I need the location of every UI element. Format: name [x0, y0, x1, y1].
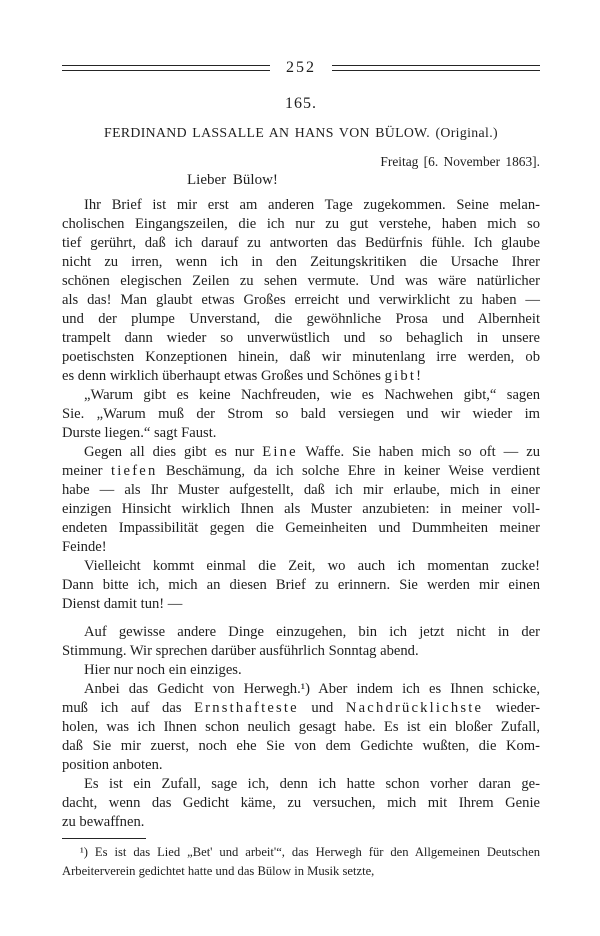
text-run: wieder-: [483, 700, 540, 716]
footnote-rule: [62, 838, 146, 839]
paragraph: Es ist ein Zufall, sage ich, denn ich ha…: [62, 775, 540, 832]
text-run: Feinde!: [62, 539, 107, 555]
text-line: „Warum gibt es keine Nachfreuden, wie es…: [62, 386, 540, 405]
text-line: dacht, wenn das Gedicht käme, zu versuch…: [62, 794, 540, 813]
text-line: daß Sie mir zuerst, noch ehe Sie von dem…: [62, 737, 540, 756]
dateline: Freitag [6. November 1863].: [62, 154, 540, 170]
text-line: zu bewaffnen.: [62, 813, 540, 832]
text-line: muß ich auf das Ernsthafteste und Nachdr…: [62, 699, 540, 718]
text-run: position anboten.: [62, 757, 163, 773]
page-number: 252: [284, 60, 318, 76]
footnote: ¹) Es ist das Lied „Bet' und arbeit'“, d…: [62, 843, 540, 881]
running-head: 252: [62, 58, 540, 78]
text-run: Ihr Brief ist mir erst am anderen Tage z…: [84, 197, 540, 213]
text-line: als das! Man glaubt etwas Großes erreich…: [62, 291, 540, 310]
text-line: position anboten.: [62, 756, 540, 775]
text-run: Sie. „Warum muß der Strom so bald versie…: [62, 406, 540, 422]
text-run: dacht, wenn das Gedicht käme, zu versuch…: [62, 795, 540, 811]
text-run: Auf gewisse andere Dinge einzugehen, bin…: [84, 624, 540, 640]
text-run: Es ist ein Zufall, sage ich, denn ich ha…: [84, 776, 540, 792]
text-line: nicht zu irren, wenn ich in den Zeitungs…: [62, 253, 540, 272]
text-run: zu bewaffnen.: [62, 814, 144, 830]
text-run: holen, was ich Ihnen schon neulich gesag…: [62, 719, 540, 735]
paragraph: „Warum gibt es keine Nachfreuden, wie es…: [62, 386, 540, 443]
text-line: Auf gewisse andere Dinge einzugehen, bin…: [62, 623, 540, 642]
text-line: Anbei das Gedicht von Herwegh.¹) Aber in…: [62, 680, 540, 699]
paragraph: Vielleicht kommt einmal die Zeit, wo auc…: [62, 557, 540, 614]
text-run: Gegen all dies gibt es nur: [84, 444, 262, 460]
text-run: poetischsten Konzeptionen hinein, daß wi…: [62, 349, 540, 365]
text-line: habe — als Ihr Muster aufgestellt, daß i…: [62, 481, 540, 500]
text-line: meiner tiefen Beschämung, da ich solche …: [62, 462, 540, 481]
text-run: Stimmung. Wir sprechen darüber ausführli…: [62, 643, 419, 659]
text-run: Beschämung, da ich solche Ehre in keiner…: [157, 463, 540, 479]
paragraph: Hier nur noch ein einziges.: [62, 661, 540, 680]
text-run: habe — als Ihr Muster aufgestellt, daß i…: [62, 482, 540, 498]
paragraph: Gegen all dies gibt es nur Eine Waffe. S…: [62, 443, 540, 557]
text-line: Dienst damit tun! —: [62, 595, 540, 614]
text-run: ¹) Es ist das Lied „Bet' und arbeit'“, d…: [80, 845, 540, 859]
book-page: 252 165. FERDINAND LASSALLE AN HANS VON …: [0, 0, 600, 936]
text-run: Anbei das Gedicht von Herwegh.¹) Aber in…: [84, 681, 540, 697]
text-line: einzigen Hinsicht wirklich Ihnen als Mus…: [62, 500, 540, 519]
letterspaced-word: Eine: [262, 444, 298, 460]
text-run: trampelt dann wieder so unverwüstlich un…: [62, 330, 540, 346]
text-line: poetischsten Konzeptionen hinein, daß wi…: [62, 348, 540, 367]
letter-body: Ihr Brief ist mir erst am anderen Tage z…: [62, 196, 540, 832]
text-run: Hier nur noch ein einziges.: [84, 662, 242, 678]
text-line: tief gerührt, daß ich darauf zu antworte…: [62, 234, 540, 253]
letterspaced-word: tiefen: [111, 463, 157, 479]
text-run: Waffe. Sie haben mich so oft — zu: [298, 444, 540, 460]
paragraph: Auf gewisse andere Dinge einzugehen, bin…: [62, 623, 540, 661]
text-run: endeten Impassibilität gegen die Gemeinh…: [62, 520, 540, 536]
text-line: Durste liegen.“ sagt Faust.: [62, 424, 540, 443]
paragraph: Ihr Brief ist mir erst am anderen Tage z…: [62, 196, 540, 386]
text-line: Sie. „Warum muß der Strom so bald versie…: [62, 405, 540, 424]
text-run: Arbeiterverein gedichtet hatte und das B…: [62, 864, 374, 878]
text-run: es denn wirklich überhaupt etwas Großes …: [62, 368, 385, 384]
text-line: Vielleicht kommt einmal die Zeit, wo auc…: [62, 557, 540, 576]
text-run: schönen elegischen Zeilen zu sehen vermu…: [62, 273, 540, 289]
letter-number: 165.: [62, 95, 540, 113]
text-run: und: [299, 700, 346, 716]
text-run: meiner: [62, 463, 111, 479]
text-line: Stimmung. Wir sprechen darüber ausführli…: [62, 642, 540, 661]
text-run: nicht zu irren, wenn ich in den Zeitungs…: [62, 254, 540, 270]
text-line: Feinde!: [62, 538, 540, 557]
text-run: muß ich auf das: [62, 700, 194, 716]
text-run: „Warum gibt es keine Nachfreuden, wie es…: [84, 387, 540, 403]
text-run: und der plumpe Unverstand, die gewöhnlic…: [62, 311, 540, 327]
letter-title: FERDINAND LASSALLE AN HANS VON BÜLOW. (O…: [62, 125, 540, 141]
text-run: als das! Man glaubt etwas Großes erreich…: [62, 292, 540, 308]
text-line: Hier nur noch ein einziges.: [62, 661, 540, 680]
text-run: Dienst damit tun! —: [62, 596, 182, 612]
text-line: und der plumpe Unverstand, die gewöhnlic…: [62, 310, 540, 329]
paragraph: Anbei das Gedicht von Herwegh.¹) Aber in…: [62, 680, 540, 775]
text-line: trampelt dann wieder so unverwüstlich un…: [62, 329, 540, 348]
text-line: Dann bitte ich, mich an diesen Brief zu …: [62, 576, 540, 595]
text-run: einzigen Hinsicht wirklich Ihnen als Mus…: [62, 501, 540, 517]
header-rule-right: [332, 65, 540, 71]
text-line: Es ist ein Zufall, sage ich, denn ich ha…: [62, 775, 540, 794]
letterspaced-word: Ernsthafteste: [194, 700, 299, 716]
text-run: Durste liegen.“ sagt Faust.: [62, 425, 216, 441]
text-line: holen, was ich Ihnen schon neulich gesag…: [62, 718, 540, 737]
letterspaced-word: gibt!: [385, 368, 424, 384]
text-run: Vielleicht kommt einmal die Zeit, wo auc…: [84, 558, 540, 574]
text-run: Dann bitte ich, mich an diesen Brief zu …: [62, 577, 540, 593]
text-line: ¹) Es ist das Lied „Bet' und arbeit'“, d…: [62, 843, 540, 862]
text-run: daß Sie mir zuerst, noch ehe Sie von dem…: [62, 738, 540, 754]
text-line: Ihr Brief ist mir erst am anderen Tage z…: [62, 196, 540, 215]
text-run: tief gerührt, daß ich darauf zu antworte…: [62, 235, 540, 251]
text-line: cholischen Eingangszeilen, die ich nur z…: [62, 215, 540, 234]
text-line: es denn wirklich überhaupt etwas Großes …: [62, 367, 540, 386]
text-line: Arbeiterverein gedichtet hatte und das B…: [62, 862, 540, 881]
text-line: Gegen all dies gibt es nur Eine Waffe. S…: [62, 443, 540, 462]
text-run: cholischen Eingangszeilen, die ich nur z…: [62, 216, 540, 232]
salutation: Lieber Bülow!: [187, 172, 540, 189]
letterspaced-word: Nachdrücklichste: [346, 700, 483, 716]
text-line: schönen elegischen Zeilen zu sehen vermu…: [62, 272, 540, 291]
header-rule-left: [62, 65, 270, 71]
text-line: endeten Impassibilität gegen die Gemeinh…: [62, 519, 540, 538]
